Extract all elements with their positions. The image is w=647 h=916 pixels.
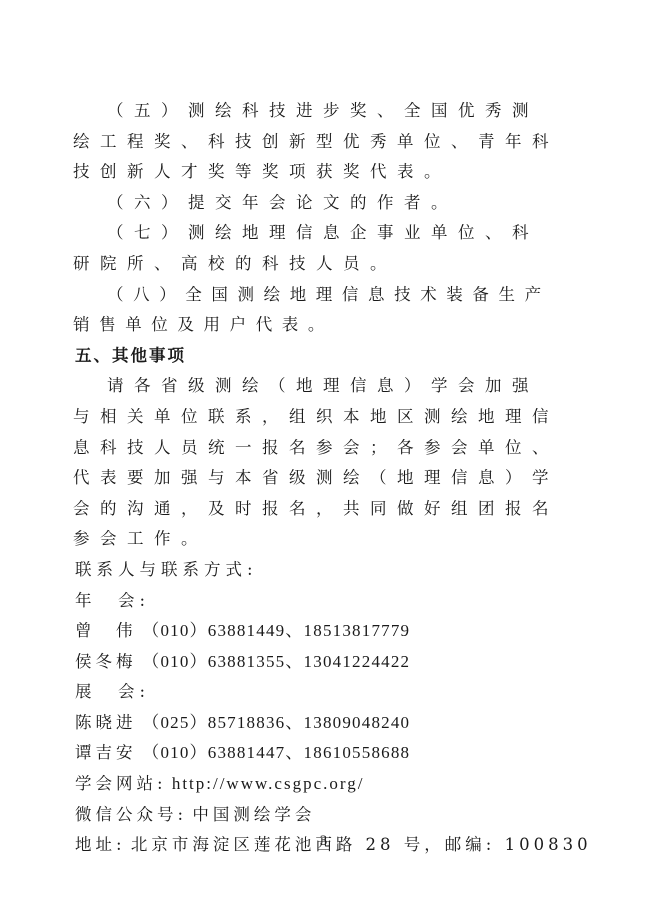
annual-meeting-label: 年 会:: [73, 586, 565, 617]
website-row: 学会网站: http://www.csgpc.org/: [73, 769, 565, 800]
contact-row: 曾 伟 （010）63881449、18513817779: [73, 616, 565, 647]
paragraph-item-7: （七）测绘地理信息企事业单位、科研院所、高校的科技人员。: [73, 218, 565, 279]
document-page: （五）测绘科技进步奖、全国优秀测绘工程奖、科技创新型优秀单位、青年科技创新人才奖…: [73, 96, 565, 861]
contact-name: 谭吉安: [75, 738, 137, 769]
contact-row: 谭吉安 （010）63881447、18610558688: [73, 738, 565, 769]
exhibition-label: 展 会:: [73, 677, 565, 708]
section-body: 请各省级测绘（地理信息）学会加强与相关单位联系，组织本地区测绘地理信息科技人员统…: [73, 371, 565, 555]
wechat-label: 微信公众号:: [75, 800, 187, 831]
paragraph-item-8: （八）全国测绘地理信息技术装备生产销售单位及用户代表。: [73, 280, 565, 341]
contact-phone: （025）85718836、13809048240: [142, 713, 410, 732]
page-number: 3: [0, 833, 647, 850]
paragraph-item-5: （五）测绘科技进步奖、全国优秀测绘工程奖、科技创新型优秀单位、青年科技创新人才奖…: [73, 96, 565, 188]
contact-phone: （010）63881449、18513817779: [142, 621, 410, 640]
website-label: 学会网站:: [75, 769, 167, 800]
contacts-title: 联系人与联系方式:: [73, 555, 565, 586]
contact-phone: （010）63881447、18610558688: [142, 743, 410, 762]
contact-name: 陈晓进: [75, 708, 137, 739]
contact-row: 陈晓进 （025）85718836、13809048240: [73, 708, 565, 739]
website-link[interactable]: http://www.csgpc.org/: [172, 774, 365, 793]
contact-name: 侯冬梅: [75, 647, 137, 678]
wechat-row: 微信公众号: 中国测绘学会: [73, 800, 565, 831]
section-heading: 五、其他事项: [73, 341, 565, 372]
paragraph-item-6: （六）提交年会论文的作者。: [73, 188, 565, 219]
wechat-value: 中国测绘学会: [192, 800, 315, 831]
contact-phone: （010）63881355、13041224422: [142, 652, 410, 671]
contact-row: 侯冬梅 （010）63881355、13041224422: [73, 647, 565, 678]
contact-name: 曾 伟: [75, 616, 137, 647]
